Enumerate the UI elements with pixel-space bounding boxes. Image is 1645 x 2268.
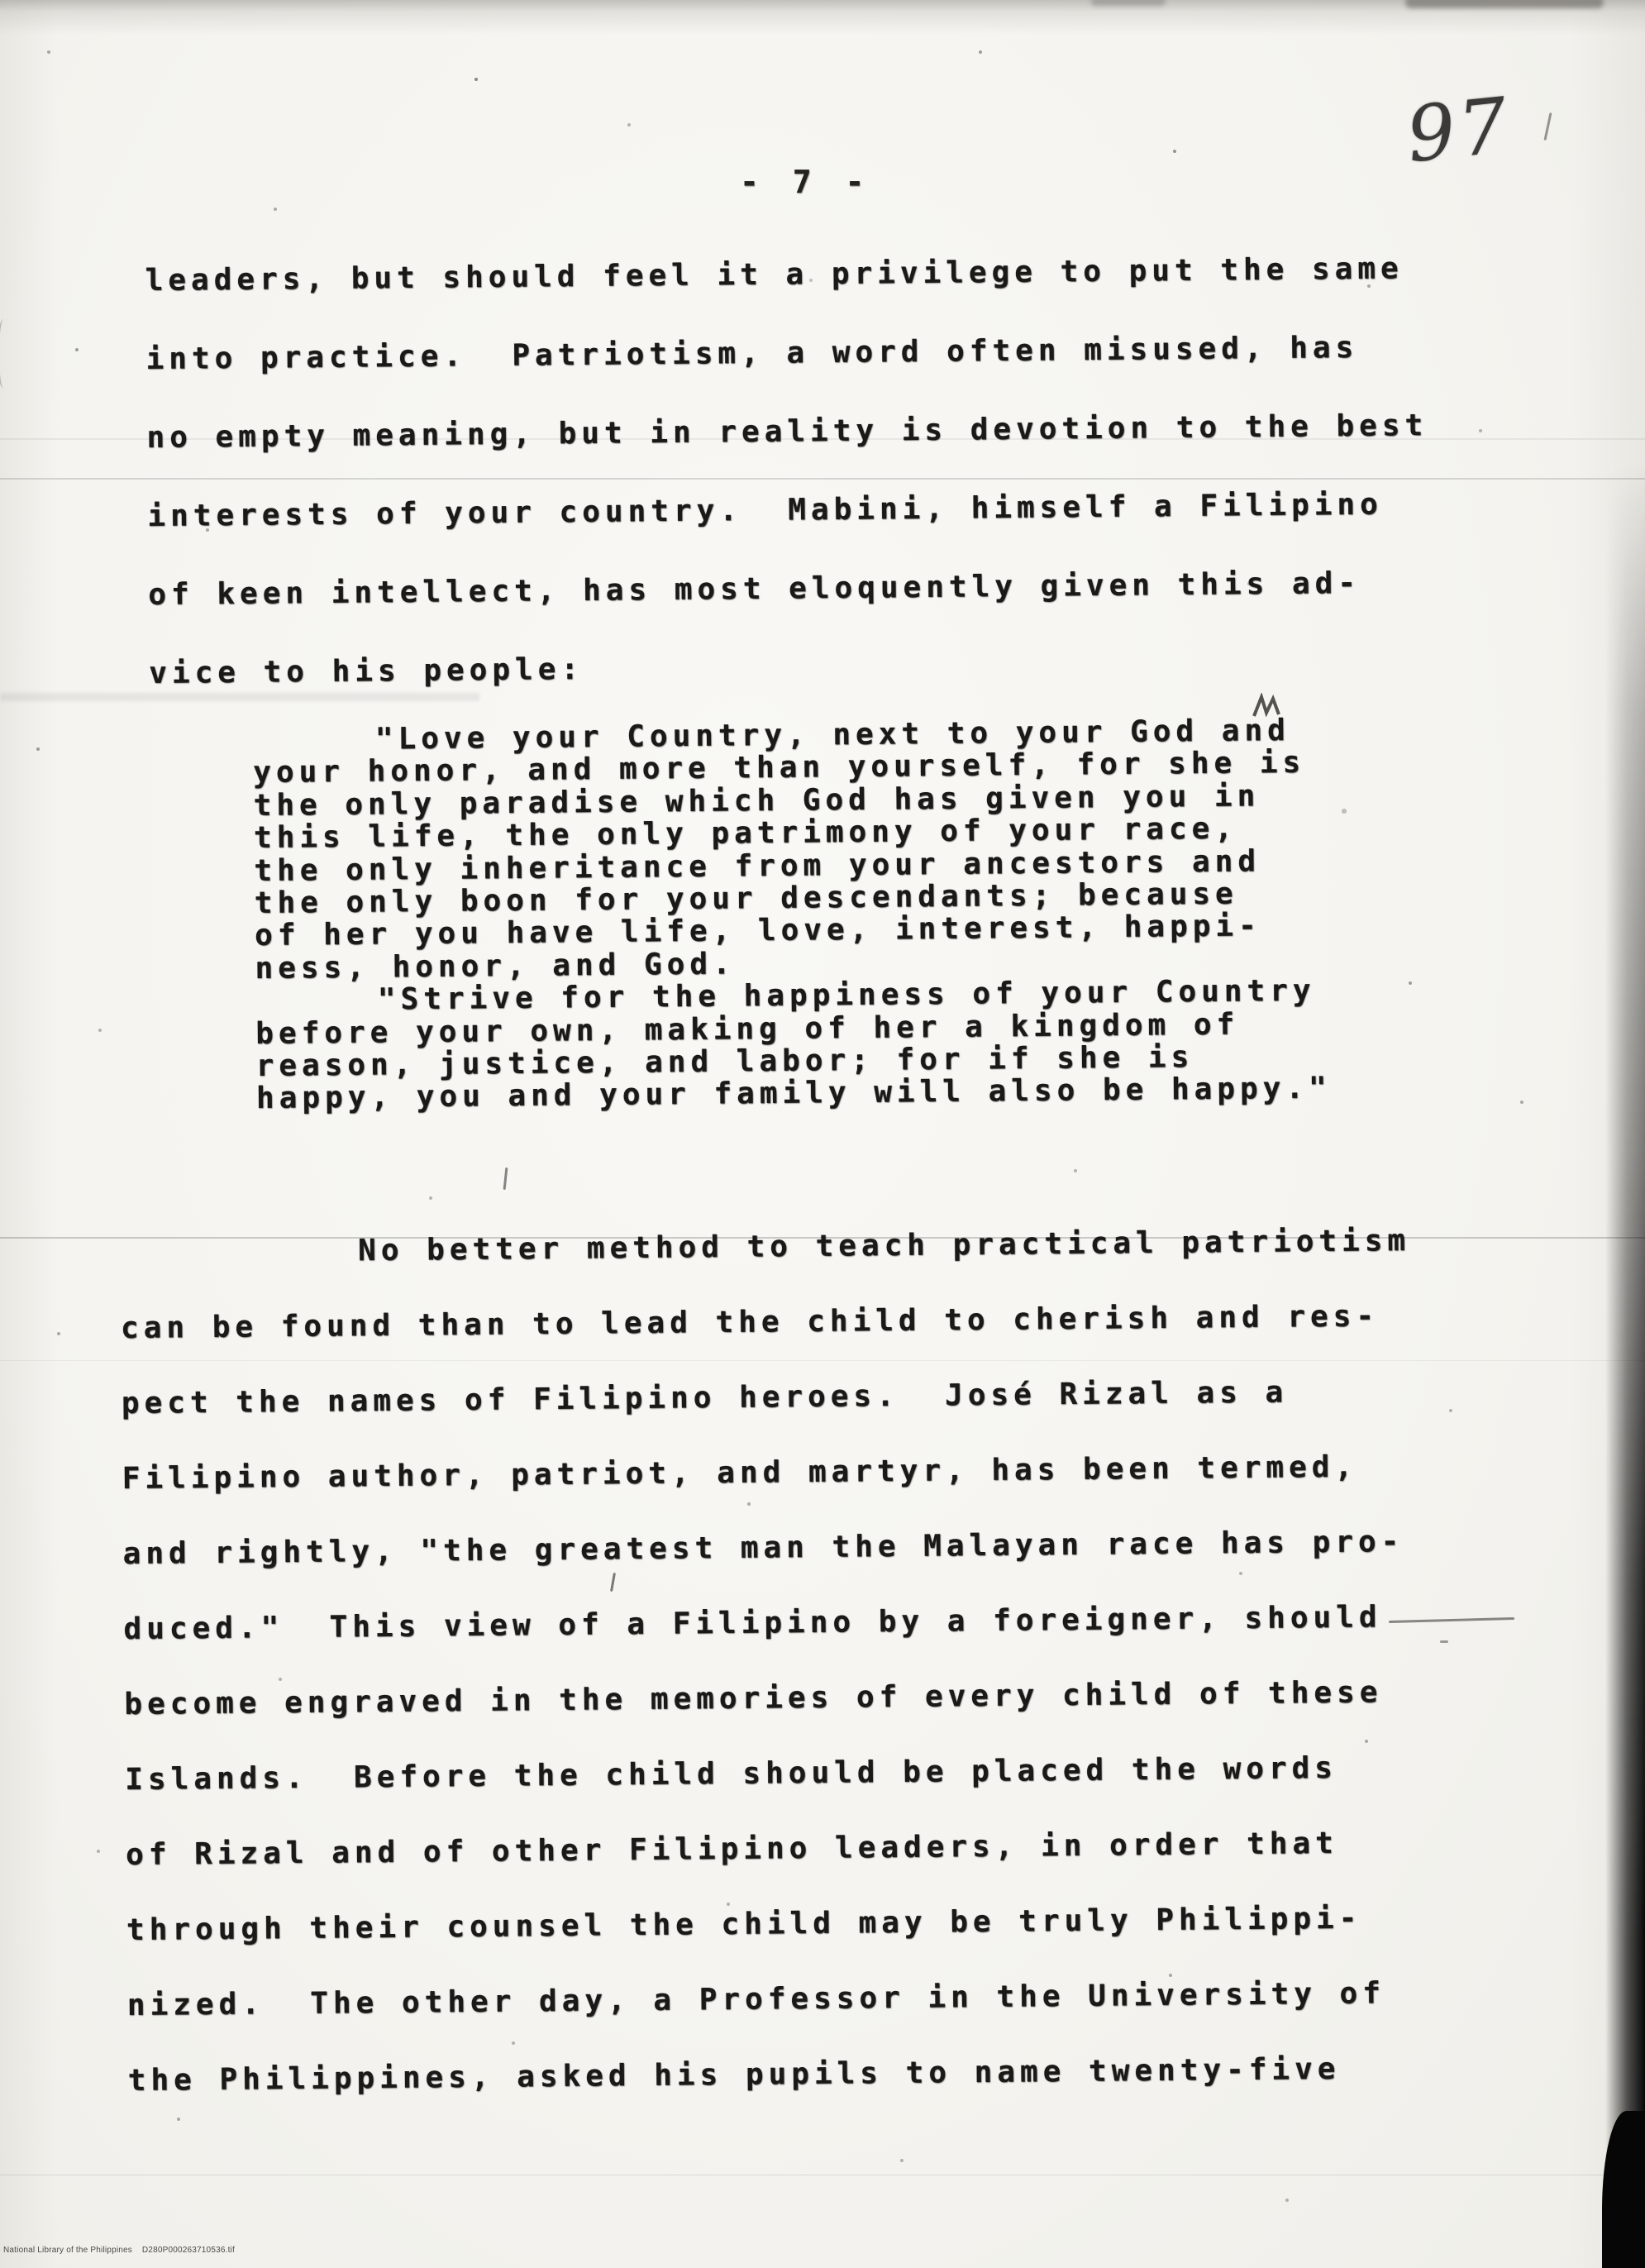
scan-footer-label: National Library of the Philippines D280…: [3, 2246, 235, 2255]
scan-edge-smudge: [1091, 0, 1166, 6]
text-line: of Rizal and of other Filipino leaders, …: [126, 1805, 1417, 1893]
handwritten-page-number: 97: [1403, 81, 1515, 179]
text-line: of keen intellect, has most eloquently g…: [148, 543, 1430, 634]
text-line: vice to his people:: [149, 622, 1431, 713]
text-line: into practice. Patriotism, a word often …: [145, 308, 1428, 399]
pencil-mark: [503, 1167, 508, 1190]
text-line: interests of your country. Mabini, himse…: [147, 465, 1429, 556]
scan-crease-line: [0, 2175, 1645, 2175]
pencil-dash-mark: [1440, 1640, 1448, 1643]
typed-page-number: - 7 -: [740, 164, 871, 200]
text-line: Islands. Before the child should be plac…: [125, 1730, 1416, 1817]
text-line: nized. The other day, a Professor in the…: [126, 1955, 1418, 2043]
paragraph-2: No better method to teach practical patr…: [120, 1203, 1419, 2118]
text-line: and rightly, "the greatest man the Malay…: [122, 1504, 1414, 1592]
text-line: the Philippines, asked his pupils to nam…: [127, 2031, 1419, 2118]
text-line: No better method to teach practical patr…: [120, 1203, 1411, 1291]
text-line: become engraved in the memories of every…: [124, 1654, 1415, 1742]
quotation-block: "Love your Country, next to your God and…: [253, 714, 1332, 1115]
scan-edge-mark: [0, 319, 11, 389]
text-line: can be found than to lead the child to c…: [121, 1278, 1412, 1366]
scan-shadow-right: [1605, 463, 1645, 2268]
text-line: no empty meaning, but in reality is devo…: [146, 386, 1428, 477]
scan-edge-smudge: [1405, 0, 1604, 8]
text-line: through their counsel the child may be t…: [126, 1880, 1418, 1968]
text-line: pect the names of Filipino heroes. José …: [122, 1354, 1413, 1441]
document-page: 97 - 7 - leaders, but should feel it a p…: [0, 0, 1645, 2268]
text-line: duced." This view of a Filipino by a for…: [123, 1579, 1414, 1667]
paragraph-1: leaders, but should feel it a privilege …: [145, 229, 1430, 713]
scan-top-edge: [0, 0, 1645, 35]
paper-speckles: [0, 0, 2, 2]
text-line: Filipino author, patriot, and martyr, ha…: [122, 1429, 1413, 1516]
pencil-mark: [1543, 112, 1552, 141]
text-line: leaders, but should feel it a privilege …: [145, 229, 1427, 320]
